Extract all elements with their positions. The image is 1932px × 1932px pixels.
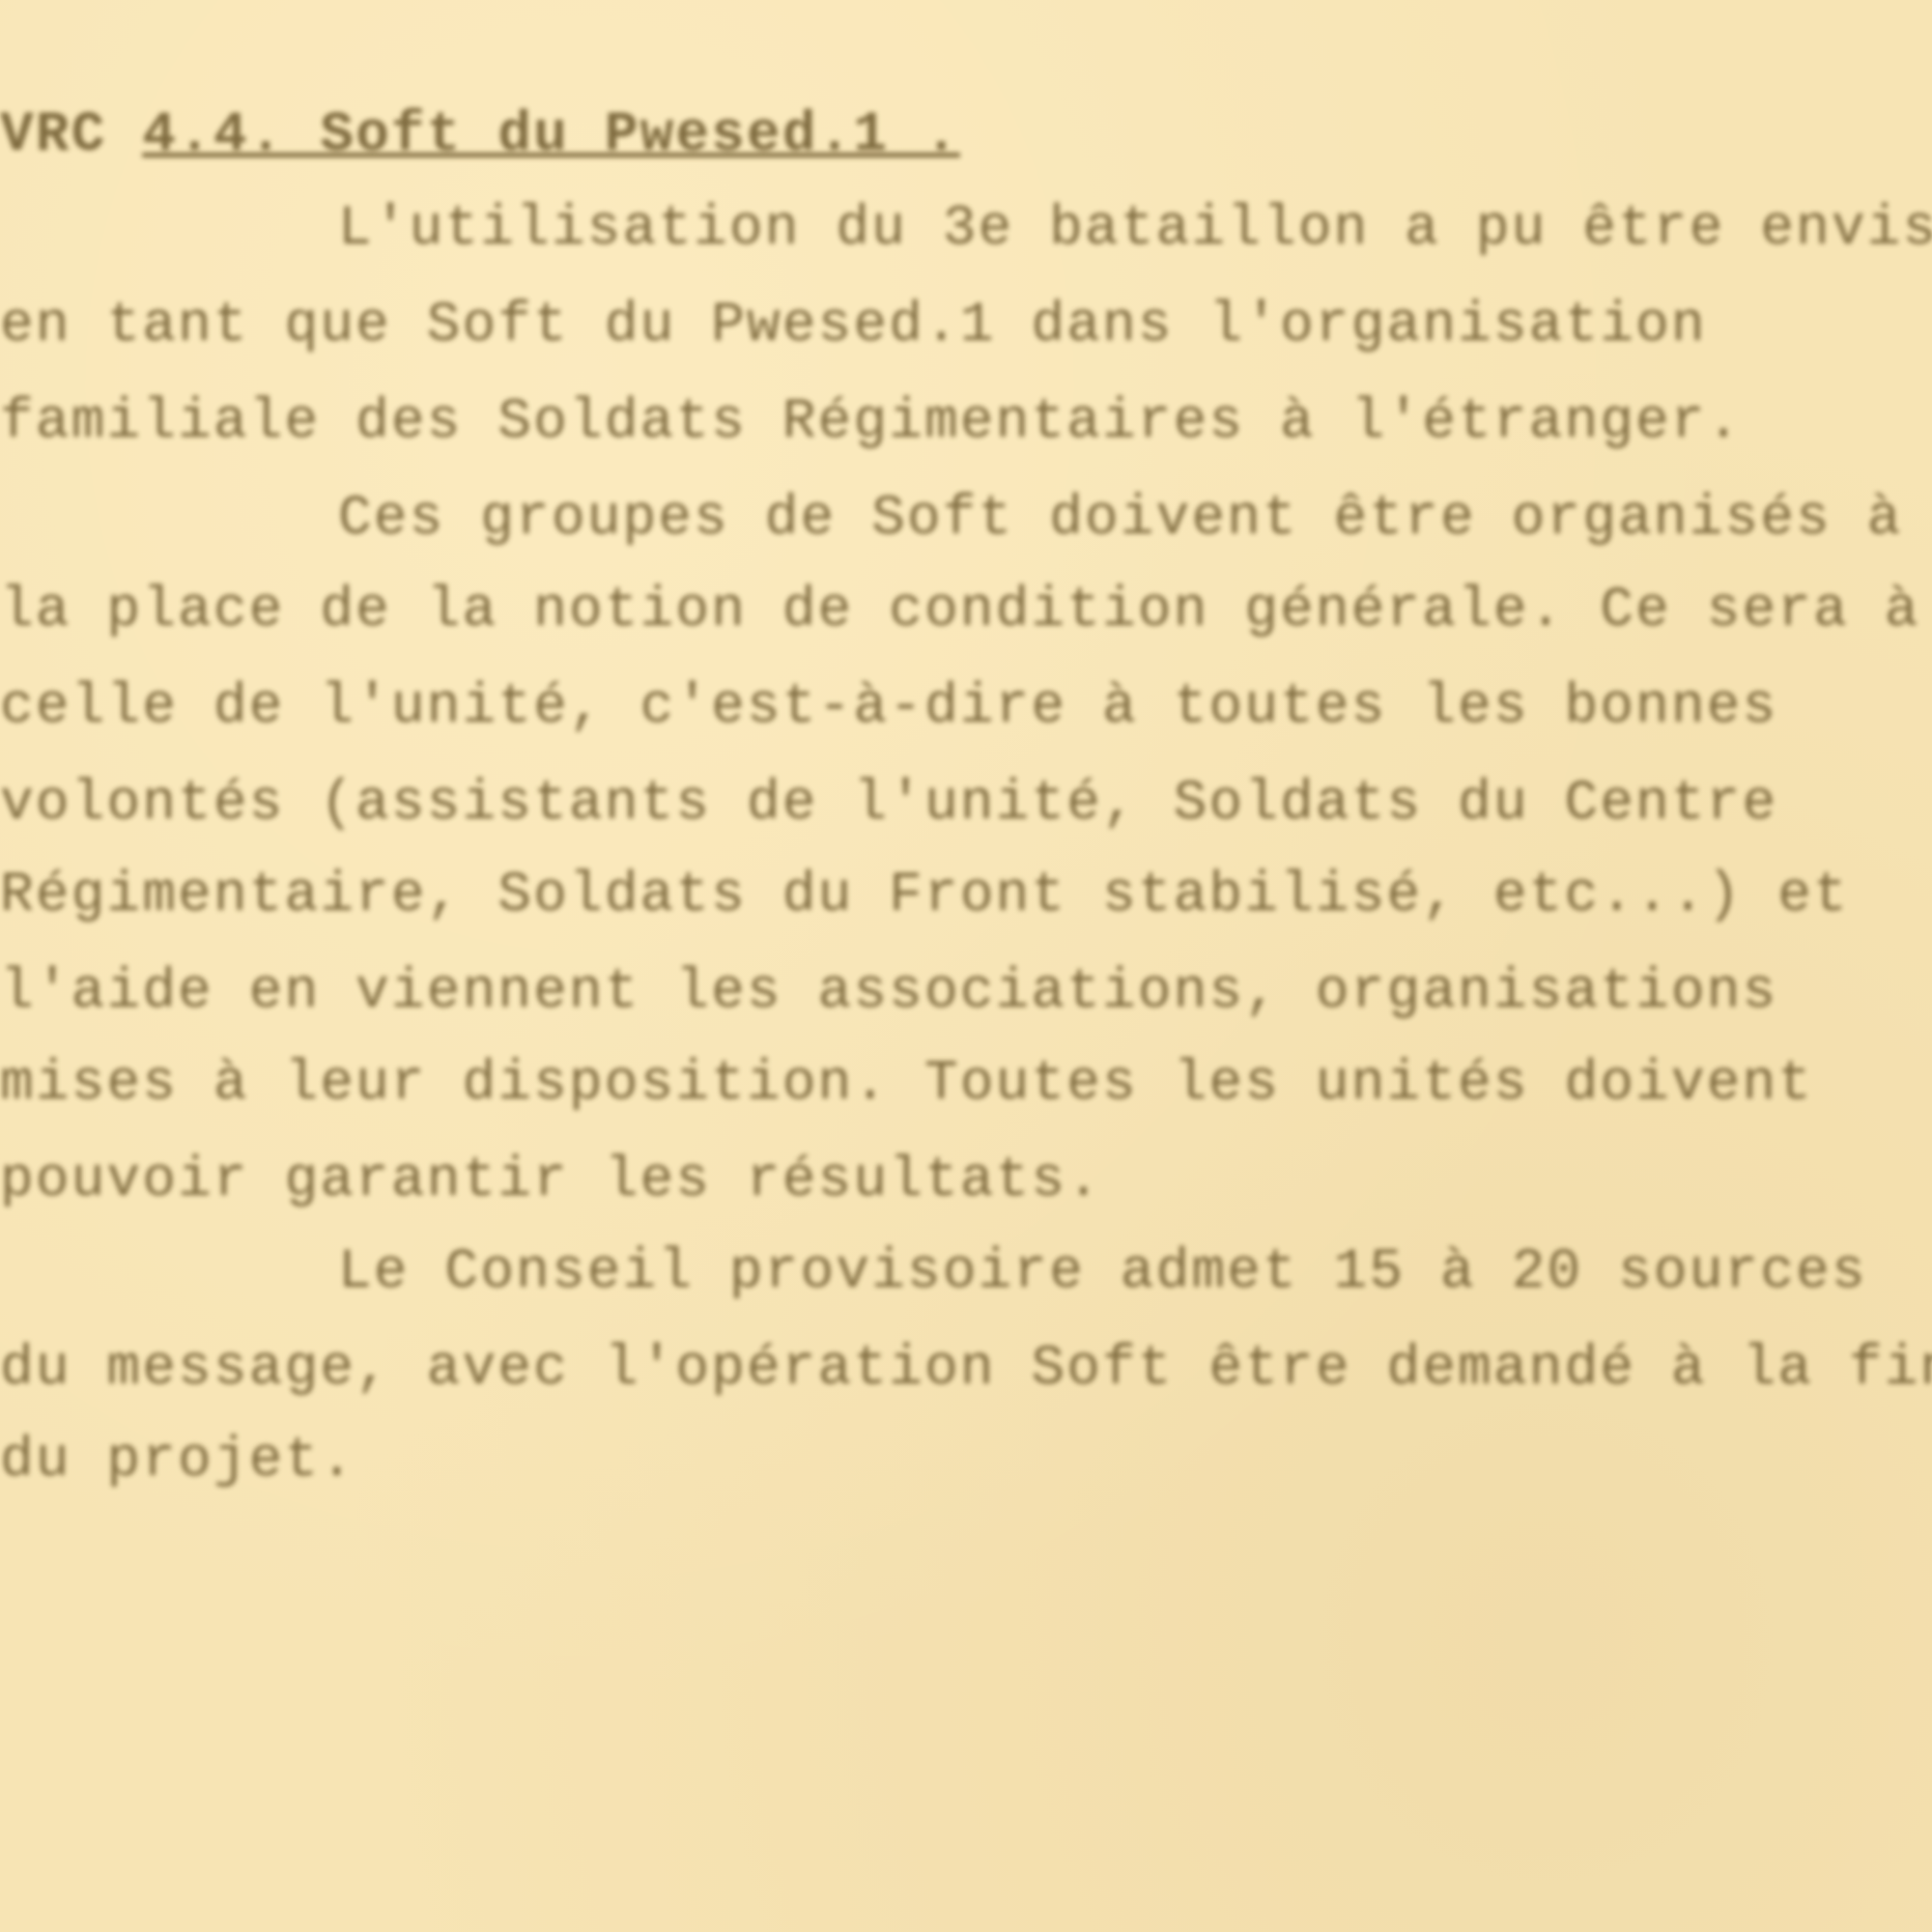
- paragraph-3-line-1: Le Conseil provisoire admet 15 à 20 sour…: [338, 1241, 1867, 1304]
- paragraph-2-line-5: Régimentaire, Soldats du Front stabilisé…: [0, 865, 1849, 927]
- paragraph-2-line-8: pouvoir garantir les résultats.: [0, 1150, 1102, 1212]
- paragraph-2-line-3: celle de l'unité, c'est-à-dire à toutes …: [0, 676, 1777, 739]
- typewritten-page: VRC 4.4. Soft du Pwesed.1 . L'utilisatio…: [0, 0, 1932, 1932]
- heading-title: 4.4. Soft du Pwesed.1 .: [142, 104, 960, 167]
- heading-prefix: VRC: [0, 104, 106, 167]
- paragraph-1-line-2: en tant que Soft du Pwesed.1 dans l'orga…: [0, 295, 1707, 357]
- paragraph-1-line-1: L'utilisation du 3e bataillon a pu être …: [338, 198, 1932, 261]
- paragraph-2-line-7: mises à leur disposition. Toutes les uni…: [0, 1053, 1813, 1116]
- paragraph-2-line-4: volontés (assistants de l'unité, Soldats…: [0, 773, 1777, 836]
- paragraph-3-line-3: du projet.: [0, 1430, 355, 1492]
- paragraph-1-line-3: familiale des Soldats Régimentaires à l'…: [0, 391, 1742, 454]
- section-heading: VRC 4.4. Soft du Pwesed.1 .: [0, 104, 960, 167]
- paragraph-2-line-2: la place de la notion de condition génér…: [0, 580, 1920, 642]
- paragraph-2-line-1: Ces groupes de Soft doivent être organis…: [338, 488, 1902, 551]
- paragraph-3-line-2: du message, avec l'opération Soft être d…: [0, 1338, 1932, 1401]
- paragraph-2-line-6: l'aide en viennent les associations, org…: [0, 961, 1777, 1024]
